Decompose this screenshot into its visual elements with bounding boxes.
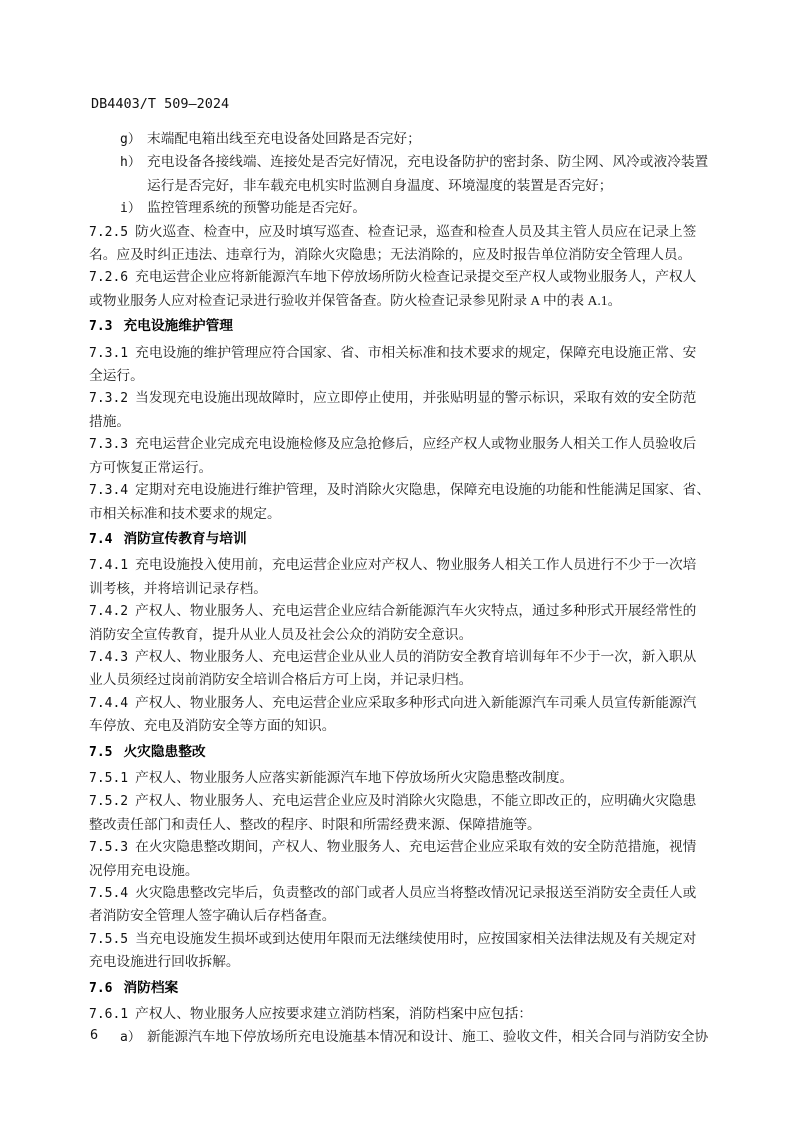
body-text: 车停放、充电及消防安全等方面的知识。 bbox=[89, 718, 335, 733]
clause-number: 7.5.1 bbox=[89, 771, 128, 786]
text-line: 7.4.2产权人、物业服务人、充电运营企业应结合新能源汽车火灾特点，通过多种形式… bbox=[89, 600, 705, 623]
clause-number: 7.3.1 bbox=[89, 346, 128, 361]
body-text: 新能源汽车地下停放场所充电设施基本情况和设计、施工、验收文件，相关合同与消防安全… bbox=[147, 1029, 708, 1044]
text-line: 措施。 bbox=[89, 411, 705, 433]
body-text: 充电设施投入使用前，充电运营企业应对产权人、物业服务人相关工作人员进行不少于一次… bbox=[135, 557, 696, 572]
text-line: 全运行。 bbox=[89, 365, 705, 387]
text-line: 者消防安全管理人签字确认后存档备查。 bbox=[89, 905, 705, 927]
heading-text: 消防档案 bbox=[123, 980, 178, 995]
section-heading-7.5: 7.5火灾隐患整改 bbox=[89, 741, 705, 764]
body-text: 产权人、物业服务人、充电运营企业从业人员的消防安全教育培训每年不少于一次，新入职… bbox=[135, 649, 696, 664]
text-line: 7.3充电设施维护管理 bbox=[89, 315, 705, 338]
clause-7.4.3: 7.4.3产权人、物业服务人、充电运营企业从业人员的消防安全教育培训每年不少于一… bbox=[89, 646, 705, 692]
body-text: 或物业服务人应对检查记录进行验收并保管备查。防火检查记录参见附录 A 中的表 A… bbox=[89, 293, 621, 308]
clause-number: 7.5.3 bbox=[89, 840, 128, 855]
body-text: 监控管理系统的预警功能是否完好。 bbox=[147, 200, 366, 215]
heading-text: 充电设施维护管理 bbox=[123, 318, 233, 333]
standard-document-page: DB4403/T 509—2024 g）末端配电箱出线至充电设备处回路是否完好；… bbox=[0, 0, 794, 1123]
text-line: 7.4.3产权人、物业服务人、充电运营企业从业人员的消防安全教育培训每年不少于一… bbox=[89, 646, 705, 669]
body-text: 充电设施的维护管理应符合国家、省、市相关标准和技术要求的规定，保障充电设施正常、… bbox=[135, 345, 696, 360]
body-text: 整改责任部门和责任人、整改的程序、时限和所需经费来源、保障措施等。 bbox=[89, 817, 541, 832]
clause-number: 7.2.5 bbox=[89, 225, 128, 240]
clause-7.4.4: 7.4.4产权人、物业服务人、充电运营企业应采取多种形式向进入新能源汽车司乘人员… bbox=[89, 692, 705, 738]
text-line: 7.4.4产权人、物业服务人、充电运营企业应采取多种形式向进入新能源汽车司乘人员… bbox=[89, 692, 705, 715]
text-line: 7.4.1充电设施投入使用前，充电运营企业应对产权人、物业服务人相关工作人员进行… bbox=[89, 554, 705, 577]
heading-text: 火灾隐患整改 bbox=[123, 744, 205, 759]
document-code-header: DB4403/T 509—2024 bbox=[91, 96, 229, 112]
body-text: 业人员须经过岗前消防安全培训合格后方可上岗，并记录归档。 bbox=[89, 672, 472, 687]
text-line: 7.5.2产权人、物业服务人、充电运营企业应及时消除火灾隐患，不能立即改正的，应… bbox=[89, 790, 705, 813]
body-text: 当充电设施发生损坏或到达使用年限而无法继续使用时，应按国家相关法律法规及有关规定… bbox=[135, 931, 696, 946]
body-text: 者消防安全管理人签字确认后存档备查。 bbox=[89, 908, 335, 923]
clause-number: 7.4.2 bbox=[89, 604, 128, 619]
clause-7.5.5: 7.5.5当充电设施发生损坏或到达使用年限而无法继续使用时，应按国家相关法律法规… bbox=[89, 928, 705, 974]
heading-text: 消防宣传教育与培训 bbox=[123, 531, 246, 546]
text-line: h）充电设备各接线端、连接处是否完好情况，充电设备防护的密封条、防尘网、风冷或液… bbox=[89, 151, 705, 174]
body-text: 全运行。 bbox=[89, 368, 144, 383]
text-line: 消防安全宣传教育，提升从业人员及社会公众的消防安全意识。 bbox=[89, 624, 705, 646]
text-line: 运行是否完好，非车载充电机实时监测自身温度、环境湿度的装置是否完好； bbox=[89, 175, 705, 197]
text-line: 7.5.4火灾隐患整改完毕后，负责整改的部门或者人员应当将整改情况记录报送至消防… bbox=[89, 882, 705, 905]
body-text: 充电设施进行回收拆解。 bbox=[89, 954, 240, 969]
list-marker: h） bbox=[120, 152, 147, 174]
text-line: 名。应及时纠正违法、违章行为，消除火灾隐患；无法消除的，应及时报告单位消防安全管… bbox=[89, 244, 705, 266]
clause-7.4.2: 7.4.2产权人、物业服务人、充电运营企业应结合新能源汽车火灾特点，通过多种形式… bbox=[89, 600, 705, 646]
heading-number: 7.6 bbox=[89, 981, 112, 996]
clause-number: 7.4.3 bbox=[89, 650, 128, 665]
text-line: 7.6.1产权人、物业服务人应按要求建立消防档案，消防档案中应包括： bbox=[89, 1003, 705, 1026]
body-text: 产权人、物业服务人、充电运营企业应采取多种形式向进入新能源汽车司乘人员宣传新能源… bbox=[135, 695, 696, 710]
text-line: 业人员须经过岗前消防安全培训合格后方可上岗，并记录归档。 bbox=[89, 669, 705, 691]
heading-number: 7.4 bbox=[89, 532, 112, 547]
clause-7.5.2: 7.5.2产权人、物业服务人、充电运营企业应及时消除火灾隐患，不能立即改正的，应… bbox=[89, 790, 705, 836]
list-item-g）: g）末端配电箱出线至充电设备处回路是否完好； bbox=[89, 128, 705, 151]
clause-number: 7.3.3 bbox=[89, 437, 128, 452]
body-text: 产权人、物业服务人、充电运营企业应结合新能源汽车火灾特点，通过多种形式开展经常性… bbox=[135, 603, 696, 618]
body-text: 充电运营企业应将新能源汽车地下停放场所防火检查记录提交至产权人或物业服务人，产权… bbox=[135, 269, 696, 284]
body-text: 市相关标准和技术要求的规定。 bbox=[89, 506, 281, 521]
text-line: 充电设施进行回收拆解。 bbox=[89, 951, 705, 973]
text-line: i）监控管理系统的预警功能是否完好。 bbox=[89, 197, 705, 220]
body-text: 况停用充电设施。 bbox=[89, 863, 199, 878]
clause-number: 7.3.4 bbox=[89, 483, 128, 498]
text-line: 7.3.3充电运营企业完成充电设施检修及应急抢修后，应经产权人或物业服务人相关工… bbox=[89, 433, 705, 456]
text-line: 方可恢复正常运行。 bbox=[89, 457, 705, 479]
text-line: 7.4消防宣传教育与培训 bbox=[89, 528, 705, 551]
section-heading-7.3: 7.3充电设施维护管理 bbox=[89, 315, 705, 338]
text-line: 7.2.6充电运营企业应将新能源汽车地下停放场所防火检查记录提交至产权人或物业服… bbox=[89, 266, 705, 289]
text-line: g）末端配电箱出线至充电设备处回路是否完好； bbox=[89, 128, 705, 151]
text-line: a）新能源汽车地下停放场所充电设施基本情况和设计、施工、验收文件，相关合同与消防… bbox=[89, 1026, 705, 1049]
text-line: 7.5.5当充电设施发生损坏或到达使用年限而无法继续使用时，应按国家相关法律法规… bbox=[89, 928, 705, 951]
list-item-a）: a）新能源汽车地下停放场所充电设施基本情况和设计、施工、验收文件，相关合同与消防… bbox=[89, 1026, 705, 1049]
clause-number: 7.5.5 bbox=[89, 932, 128, 947]
body-text: 运行是否完好，非车载充电机实时监测自身温度、环境湿度的装置是否完好； bbox=[147, 178, 612, 193]
clause-7.3.3: 7.3.3充电运营企业完成充电设施检修及应急抢修后，应经产权人或物业服务人相关工… bbox=[89, 433, 705, 479]
body-text: 消防安全宣传教育，提升从业人员及社会公众的消防安全意识。 bbox=[89, 627, 472, 642]
body-text: 产权人、物业服务人应落实新能源汽车地下停放场所火灾隐患整改制度。 bbox=[135, 770, 573, 785]
clause-number: 7.6.1 bbox=[89, 1007, 128, 1022]
clause-7.5.4: 7.5.4火灾隐患整改完毕后，负责整改的部门或者人员应当将整改情况记录报送至消防… bbox=[89, 882, 705, 928]
text-line: 7.3.2当发现充电设施出现故障时，应立即停止使用，并张贴明显的警示标识，采取有… bbox=[89, 387, 705, 410]
text-line: 或物业服务人应对检查记录进行验收并保管备查。防火检查记录参见附录 A 中的表 A… bbox=[89, 290, 705, 312]
clause-7.5.1: 7.5.1产权人、物业服务人应落实新能源汽车地下停放场所火灾隐患整改制度。 bbox=[89, 767, 705, 790]
body-text: 方可恢复正常运行。 bbox=[89, 460, 212, 475]
body-text: 产权人、物业服务人、充电运营企业应及时消除火灾隐患，不能立即改正的，应明确火灾隐… bbox=[135, 793, 696, 808]
text-line: 整改责任部门和责任人、整改的程序、时限和所需经费来源、保障措施等。 bbox=[89, 814, 705, 836]
body-text: 在火灾隐患整改期间，产权人、物业服务人、充电运营企业应采取有效的安全防范措施，视… bbox=[135, 839, 696, 854]
heading-number: 7.3 bbox=[89, 319, 112, 334]
clause-number: 7.5.4 bbox=[89, 886, 128, 901]
body-text: 防火巡查、检查中，应及时填写巡查、检查记录，巡查和检查人员及其主管人员应在记录上… bbox=[135, 224, 696, 239]
clause-number: 7.4.4 bbox=[89, 696, 128, 711]
body-text: 当发现充电设施出现故障时，应立即停止使用，并张贴明显的警示标识，采取有效的安全防… bbox=[135, 390, 696, 405]
body-text: 训考核，并将培训记录存档。 bbox=[89, 581, 267, 596]
text-line: 7.6消防档案 bbox=[89, 977, 705, 1000]
clause-number: 7.4.1 bbox=[89, 558, 128, 573]
section-heading-7.6: 7.6消防档案 bbox=[89, 977, 705, 1000]
body-text: 火灾隐患整改完毕后，负责整改的部门或者人员应当将整改情况记录报送至消防安全责任人… bbox=[135, 885, 696, 900]
page-number: 6 bbox=[90, 1027, 98, 1043]
text-line: 市相关标准和技术要求的规定。 bbox=[89, 503, 705, 525]
clause-7.5.3: 7.5.3在火灾隐患整改期间，产权人、物业服务人、充电运营企业应采取有效的安全防… bbox=[89, 836, 705, 882]
document-body: g）末端配电箱出线至充电设备处回路是否完好；h）充电设备各接线端、连接处是否完好… bbox=[89, 128, 705, 1050]
list-item-i）: i）监控管理系统的预警功能是否完好。 bbox=[89, 197, 705, 220]
list-marker: a） bbox=[120, 1027, 147, 1049]
text-line: 车停放、充电及消防安全等方面的知识。 bbox=[89, 715, 705, 737]
body-text: 充电设备各接线端、连接处是否完好情况，充电设备防护的密封条、防尘网、风冷或液冷装… bbox=[147, 154, 708, 169]
text-line: 7.5.3在火灾隐患整改期间，产权人、物业服务人、充电运营企业应采取有效的安全防… bbox=[89, 836, 705, 859]
list-marker: i） bbox=[120, 198, 147, 220]
body-text: 充电运营企业完成充电设施检修及应急抢修后，应经产权人或物业服务人相关工作人员验收… bbox=[135, 436, 696, 451]
list-item-h）: h）充电设备各接线端、连接处是否完好情况，充电设备防护的密封条、防尘网、风冷或液… bbox=[89, 151, 705, 197]
text-line: 7.3.4定期对充电设施进行维护管理，及时消除火灾隐患，保障充电设施的功能和性能… bbox=[89, 479, 705, 502]
text-line: 7.2.5防火巡查、检查中，应及时填写巡查、检查记录，巡查和检查人员及其主管人员… bbox=[89, 221, 705, 244]
body-text: 末端配电箱出线至充电设备处回路是否完好； bbox=[147, 131, 421, 146]
text-line: 7.3.1充电设施的维护管理应符合国家、省、市相关标准和技术要求的规定，保障充电… bbox=[89, 342, 705, 365]
heading-number: 7.5 bbox=[89, 745, 112, 760]
text-line: 训考核，并将培训记录存档。 bbox=[89, 578, 705, 600]
body-text: 产权人、物业服务人应按要求建立消防档案，消防档案中应包括： bbox=[135, 1006, 532, 1021]
clause-7.3.1: 7.3.1充电设施的维护管理应符合国家、省、市相关标准和技术要求的规定，保障充电… bbox=[89, 342, 705, 388]
clause-7.3.2: 7.3.2当发现充电设施出现故障时，应立即停止使用，并张贴明显的警示标识，采取有… bbox=[89, 387, 705, 433]
body-text: 定期对充电设施进行维护管理，及时消除火灾隐患，保障充电设施的功能和性能满足国家、… bbox=[135, 482, 710, 497]
clause-7.3.4: 7.3.4定期对充电设施进行维护管理，及时消除火灾隐患，保障充电设施的功能和性能… bbox=[89, 479, 705, 525]
clause-7.2.5: 7.2.5防火巡查、检查中，应及时填写巡查、检查记录，巡查和检查人员及其主管人员… bbox=[89, 221, 705, 267]
section-heading-7.4: 7.4消防宣传教育与培训 bbox=[89, 528, 705, 551]
body-text: 措施。 bbox=[89, 414, 130, 429]
list-marker: g） bbox=[120, 129, 147, 151]
clause-number: 7.3.2 bbox=[89, 391, 128, 406]
clause-7.4.1: 7.4.1充电设施投入使用前，充电运营企业应对产权人、物业服务人相关工作人员进行… bbox=[89, 554, 705, 600]
text-line: 7.5.1产权人、物业服务人应落实新能源汽车地下停放场所火灾隐患整改制度。 bbox=[89, 767, 705, 790]
body-text: 名。应及时纠正违法、违章行为，消除火灾隐患；无法消除的，应及时报告单位消防安全管… bbox=[89, 247, 691, 262]
clause-number: 7.5.2 bbox=[89, 794, 128, 809]
clause-number: 7.2.6 bbox=[89, 270, 128, 285]
clause-7.2.6: 7.2.6充电运营企业应将新能源汽车地下停放场所防火检查记录提交至产权人或物业服… bbox=[89, 266, 705, 312]
clause-7.6.1: 7.6.1产权人、物业服务人应按要求建立消防档案，消防档案中应包括： bbox=[89, 1003, 705, 1026]
text-line: 况停用充电设施。 bbox=[89, 860, 705, 882]
text-line: 7.5火灾隐患整改 bbox=[89, 741, 705, 764]
